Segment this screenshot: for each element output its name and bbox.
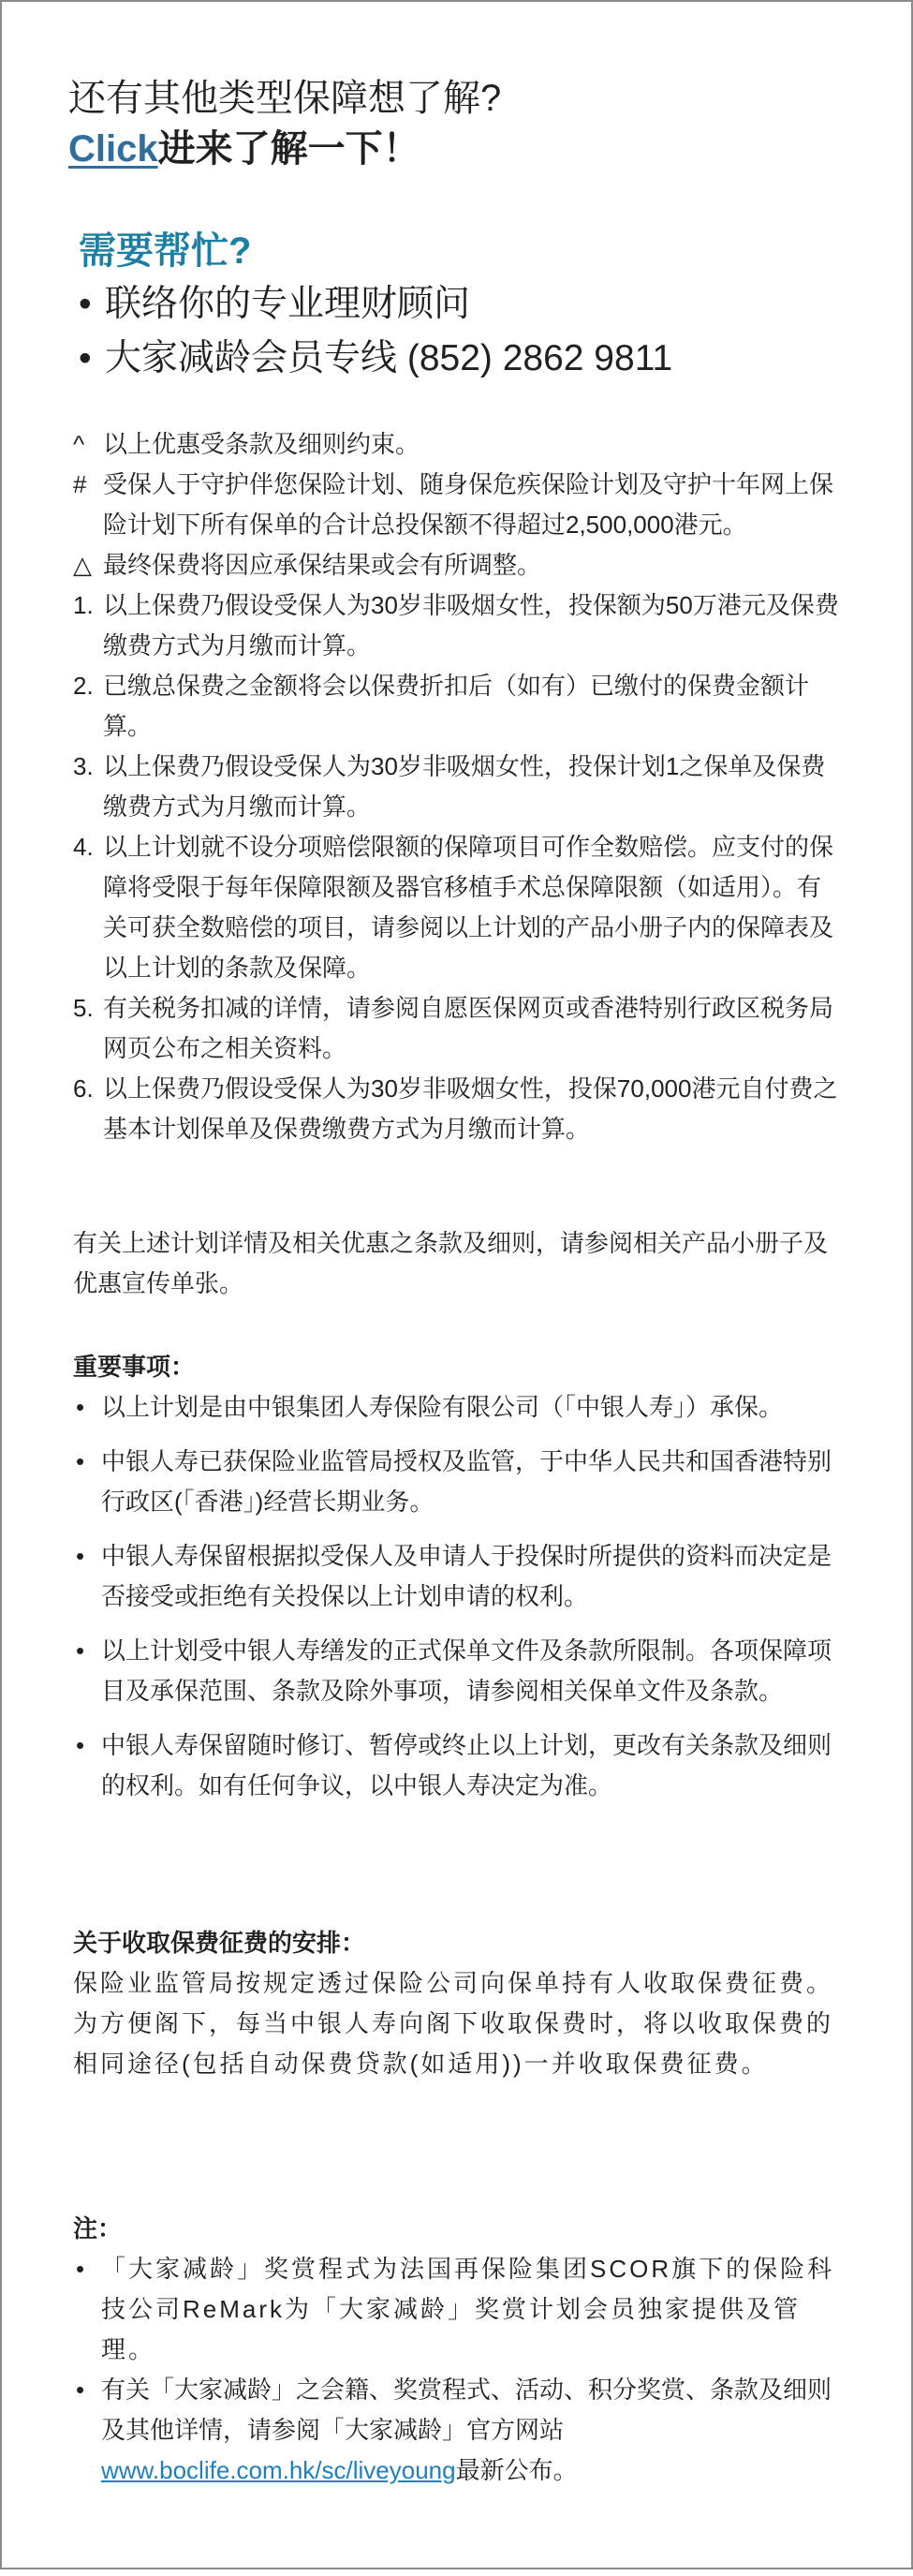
important-item: •中银人寿保留随时修订、暂停或终止以上计划，更改有关条款及细则的权利。如有任何争…: [73, 1725, 841, 1806]
help-item-hotline: •大家减龄会员专线 (852) 2862 9811: [79, 333, 672, 385]
footnote-mark: 1.: [73, 585, 94, 626]
bullet-icon: •: [76, 1725, 84, 1766]
important-item: •以上计划是由中银集团人寿保险有限公司（「中银人寿」）承保。: [73, 1387, 841, 1428]
footnote-mark: 3.: [73, 747, 94, 787]
notes-item-suffix: 最新公布。: [456, 2456, 578, 2484]
footnote-text: 以上计划就不设分项赔偿限额的保障项目可作全数赔偿。应支付的保障将受限于每年保障限…: [103, 833, 833, 982]
notes-item-text: 「大家减龄」奖赏程式为法国再保险集团SCOR旗下的保险科技公司ReMark为「大…: [101, 2255, 834, 2363]
footnote-hash: #受保人于守护伴您保险计划、随身保危疾保险计划及守护十年网上保险计划下所有保单的…: [73, 465, 841, 545]
footnote-text: 有关税务扣减的详情，请参阅自愿医保网页或香港特别行政区税务局网页公布之相关资料。: [103, 994, 833, 1062]
bullet-icon: •: [79, 333, 105, 385]
footnote-2: 2.已缴总保费之金额将会以保费折扣后（如有）已缴付的保费金额计算。: [73, 666, 841, 747]
bullet-icon: •: [76, 2370, 84, 2410]
details-note: 有关上述计划详情及相关优惠之条款及细则，请参阅相关产品小册子及优惠宣传单张。: [73, 1223, 841, 1304]
footnote-mark: △: [73, 545, 92, 585]
footnote-mark: #: [73, 465, 86, 505]
footnote-mark: 4.: [73, 827, 94, 867]
footnote-3: 3.以上保费乃假设受保人为30岁非吸烟女性，投保计划1之保单及保费缴费方式为月缴…: [73, 747, 841, 827]
important-item-text: 以上计划是由中银集团人寿保险有限公司（「中银人寿」）承保。: [101, 1393, 783, 1421]
footnote-mark: 2.: [73, 666, 94, 706]
footnote-5: 5.有关税务扣减的详情，请参阅自愿医保网页或香港特别行政区税务局网页公布之相关资…: [73, 988, 841, 1069]
important-heading: 重要事项：: [73, 1347, 841, 1387]
footnote-text: 以上保费乃假设受保人为30岁非吸烟女性，投保70,000港元自付费之基本计划保单…: [103, 1074, 837, 1143]
important-item: •中银人寿已获保险业监管局授权及监管，于中华人民共和国香港特别行政区(「香港」)…: [73, 1442, 841, 1522]
help-item-advisor: •联络你的专业理财顾问: [79, 278, 470, 331]
footnote-text: 以上保费乃假设受保人为30岁非吸烟女性，投保计划1之保单及保费缴费方式为月缴而计…: [103, 752, 825, 821]
important-section: 重要事项： •以上计划是由中银集团人寿保险有限公司（「中银人寿」）承保。 •中银…: [73, 1347, 841, 1820]
footnote-text: 以上保费乃假设受保人为30岁非吸烟女性，投保额为50万港元及保费缴费方式为月缴而…: [103, 591, 839, 659]
footnote-mark: ^: [73, 424, 84, 465]
promo-subtitle: Click进来了解一下！: [68, 125, 420, 173]
bullet-icon: •: [76, 1536, 84, 1577]
levy-section: 关于收取保费征费的安排： 保险业监管局按规定透过保险公司向保单持有人收取保费征费…: [73, 1923, 841, 2084]
levy-heading: 关于收取保费征费的安排：: [73, 1923, 841, 1963]
promo-title: 还有其他类型保障想了解?: [68, 75, 501, 122]
footnotes: ^以上优惠受条款及细则约束。 #受保人于守护伴您保险计划、随身保危疾保险计划及守…: [73, 424, 841, 1149]
bullet-icon: •: [79, 278, 105, 331]
help-item-label: 大家减龄会员专线 (852) 2862 9811: [105, 338, 672, 378]
important-item-text: 中银人寿已获保险业监管局授权及监管，于中华人民共和国香港特别行政区(「香港」)经…: [101, 1447, 832, 1516]
notes-item-text: 有关「大家减龄」之会籍、奖赏程式、活动、积分奖赏、条款及细则及其他详情，请参阅「…: [101, 2376, 832, 2444]
notes-item: •「大家减龄」奖赏程式为法国再保险集团SCOR旗下的保险科技公司ReMark为「…: [73, 2249, 841, 2370]
bullet-icon: •: [76, 1631, 84, 1671]
notes-section: 注： •「大家减龄」奖赏程式为法国再保险集团SCOR旗下的保险科技公司ReMar…: [73, 2209, 841, 2491]
footnote-text: 受保人于守护伴您保险计划、随身保危疾保险计划及守护十年网上保险计划下所有保单的合…: [103, 470, 833, 539]
footnote-mark: 6.: [73, 1069, 94, 1109]
notes-heading: 注：: [73, 2209, 841, 2249]
important-item-text: 以上计划受中银人寿缮发的正式保单文件及条款所限制。各项保障项目及承保范围、条款及…: [101, 1636, 832, 1705]
footnote-triangle: △最终保费将因应承保结果或会有所调整。: [73, 545, 841, 585]
click-link[interactable]: Click: [68, 128, 158, 170]
important-item: •以上计划受中银人寿缮发的正式保单文件及条款所限制。各项保障项目及承保范围、条款…: [73, 1631, 841, 1711]
bullet-icon: •: [76, 1442, 84, 1482]
bullet-icon: •: [76, 1387, 84, 1428]
footnote-4: 4.以上计划就不设分项赔偿限额的保障项目可作全数赔偿。应支付的保障将受限于每年保…: [73, 827, 841, 988]
important-item-text: 中银人寿保留根据拟受保人及申请人于投保时所提供的资料而决定是否接受或拒绝有关投保…: [101, 1542, 832, 1610]
important-item: •中银人寿保留根据拟受保人及申请人于投保时所提供的资料而决定是否接受或拒绝有关投…: [73, 1536, 841, 1617]
bullet-icon: •: [76, 2249, 87, 2289]
levy-text: 保险业监管局按规定透过保险公司向保单持有人收取保费征费。为方便阁下，每当中银人寿…: [73, 1963, 841, 2084]
footnote-1: 1.以上保费乃假设受保人为30岁非吸烟女性，投保额为50万港元及保费缴费方式为月…: [73, 585, 841, 666]
footnote-text: 最终保费将因应承保结果或会有所调整。: [103, 551, 541, 579]
footnote-text: 已缴总保费之金额将会以保费折扣后（如有）已缴付的保费金额计算。: [103, 672, 809, 740]
help-item-label: 联络你的专业理财顾问: [105, 284, 470, 324]
important-item-text: 中银人寿保留随时修订、暂停或终止以上计划，更改有关条款及细则的权利。如有任何争议…: [101, 1731, 832, 1799]
notes-item: •有关「大家减龄」之会籍、奖赏程式、活动、积分奖赏、条款及细则及其他详情，请参阅…: [73, 2370, 841, 2491]
promo-subtitle-rest: 进来了解一下！: [158, 128, 420, 170]
liveyoung-website-link[interactable]: www.boclife.com.hk/sc/liveyoung: [101, 2456, 456, 2484]
footnote-6: 6.以上保费乃假设受保人为30岁非吸烟女性，投保70,000港元自付费之基本计划…: [73, 1069, 841, 1149]
footnote-caret: ^以上优惠受条款及细则约束。: [73, 424, 841, 465]
help-heading: 需要帮忙?: [79, 225, 251, 277]
footnote-mark: 5.: [73, 988, 94, 1029]
footnote-text: 以上优惠受条款及细则约束。: [103, 430, 420, 458]
